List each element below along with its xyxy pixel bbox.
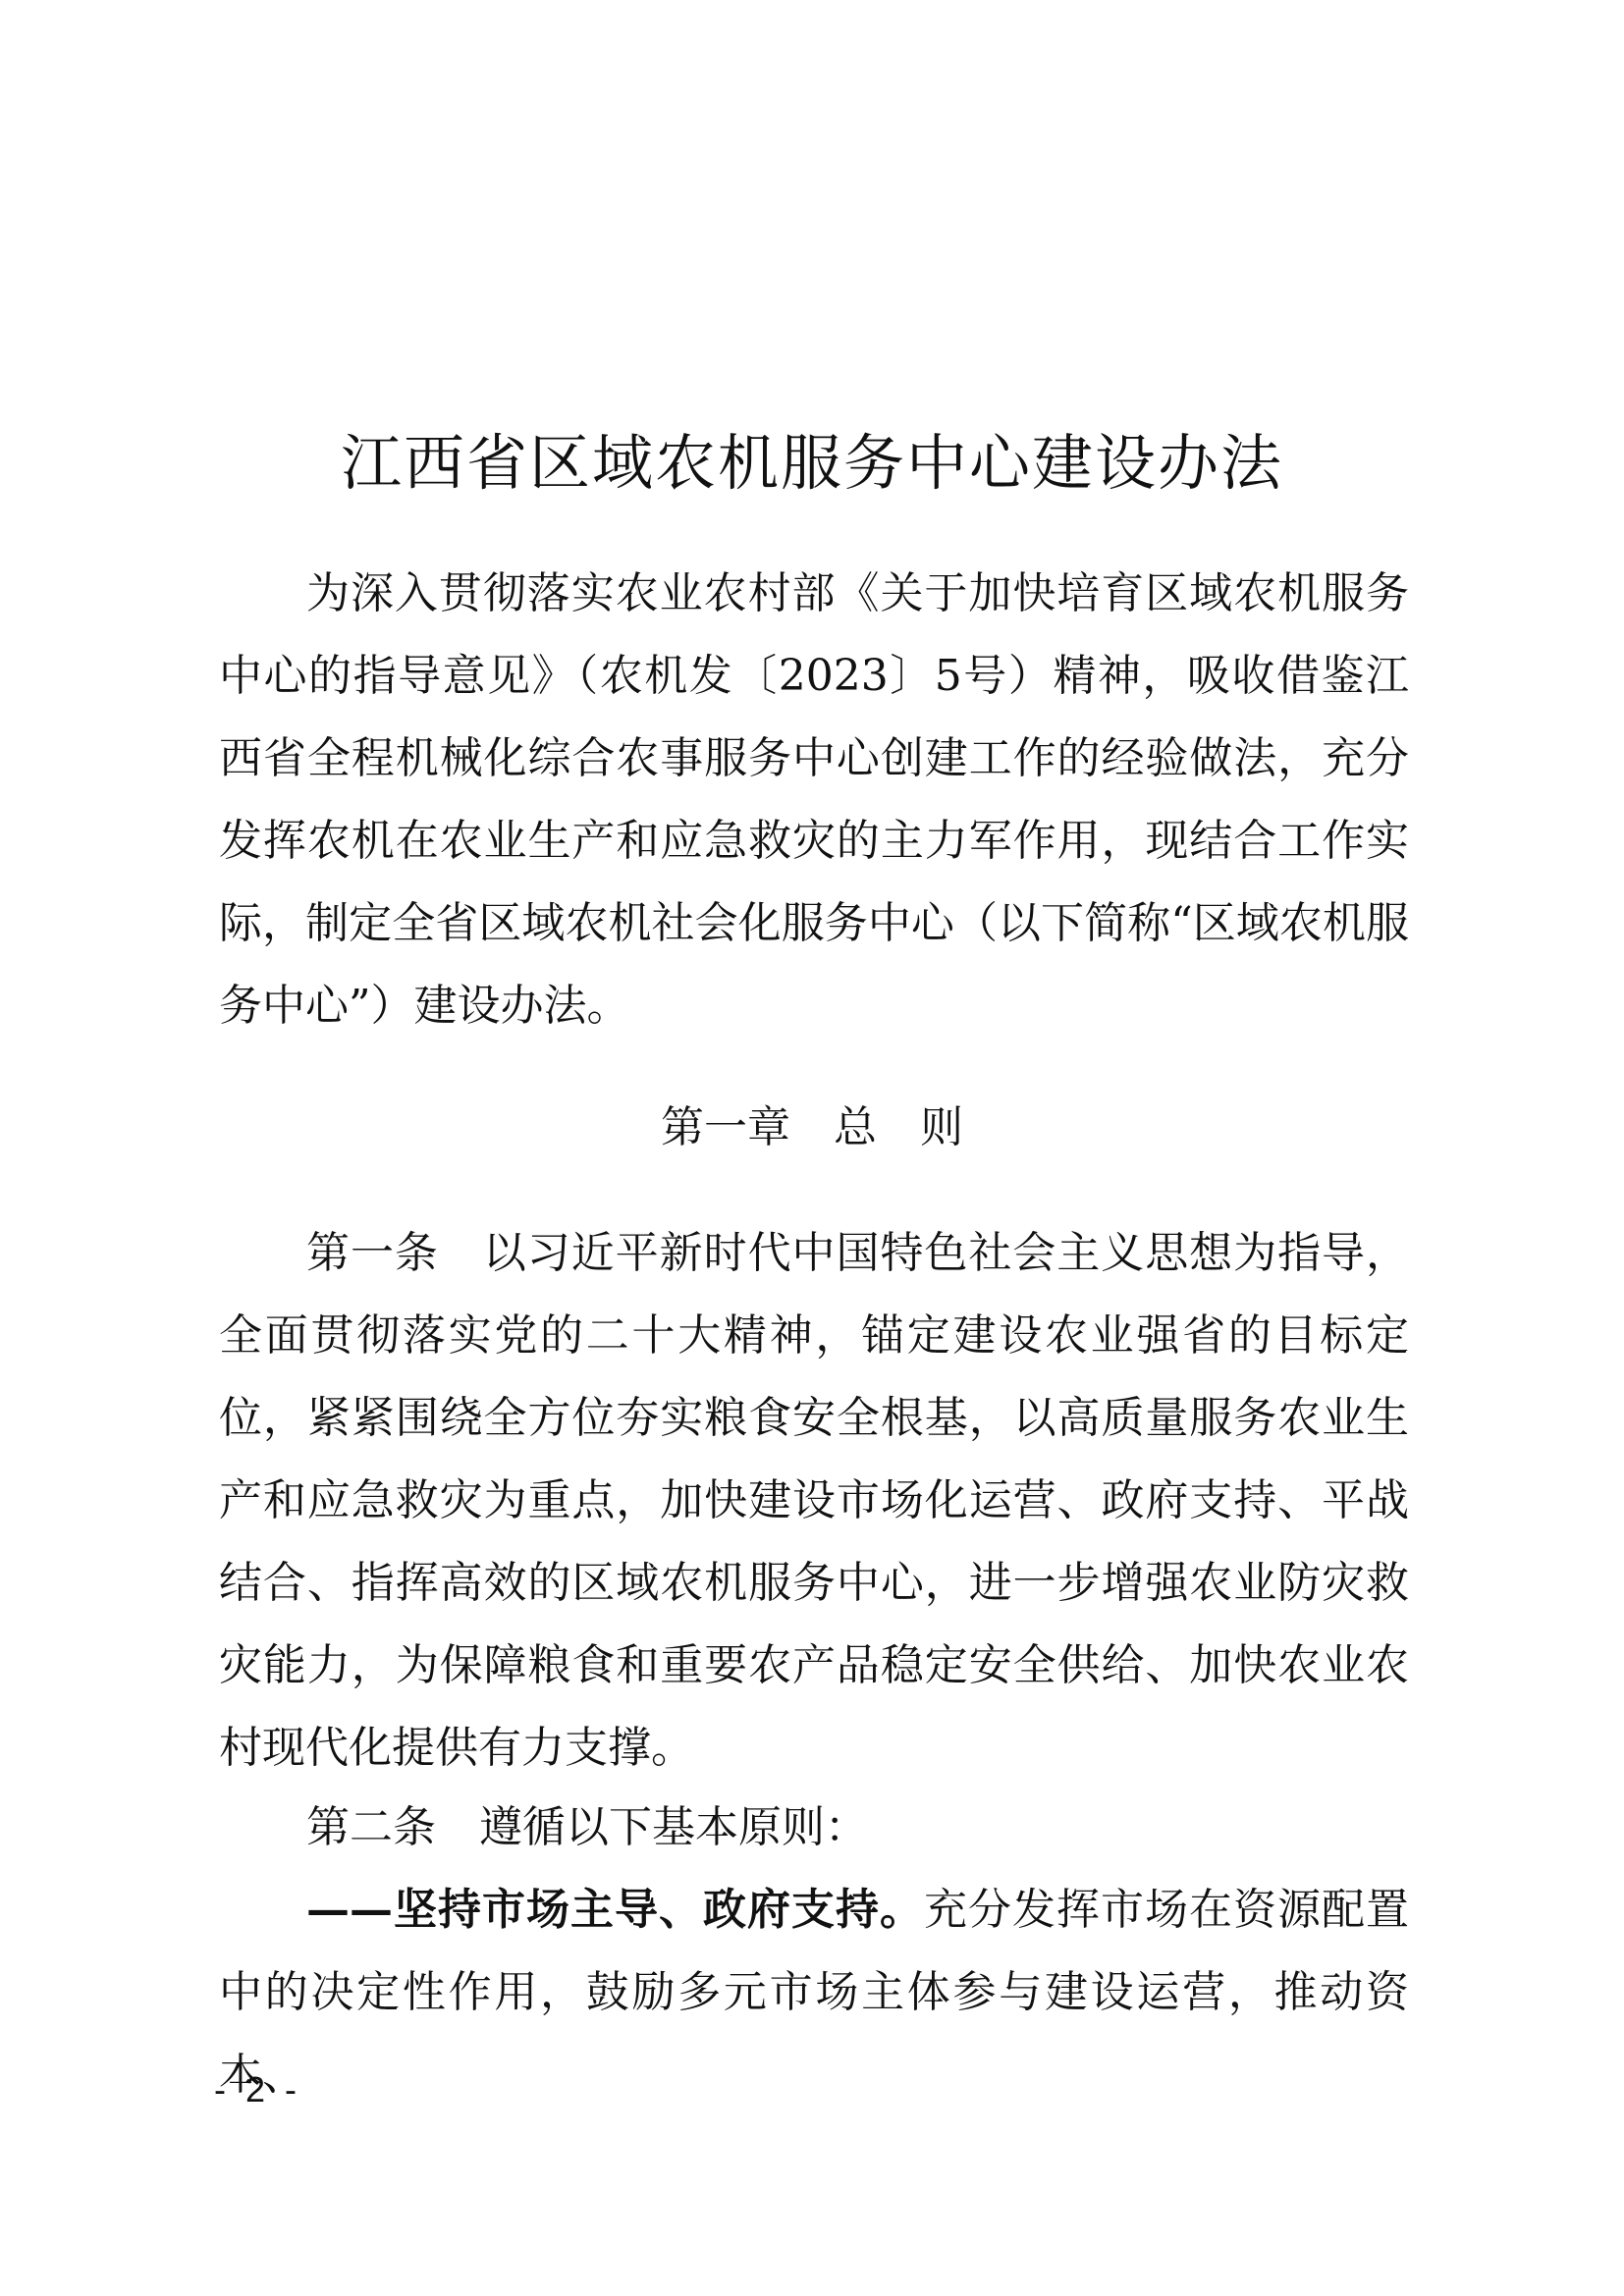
preamble-block: 为深入贯彻落实农业农村部《关于加快培育区域农机服务中心的指导意见》（农机发〔20…: [219, 553, 1409, 1047]
article-spacer: [436, 1802, 479, 1852]
preamble-paragraph: 为深入贯彻落实农业农村部《关于加快培育区域农机服务中心的指导意见》（农机发〔20…: [219, 553, 1409, 1047]
page-number: - 2 -: [214, 2065, 297, 2114]
article-2-block: 第二条 遵循以下基本原则： ——坚持市场主导、政府支持。充分发挥市场在资源配置中…: [219, 1787, 1409, 2116]
article-2-paragraph: 第二条 遵循以下基本原则：: [219, 1787, 1409, 1869]
article-2-text: 遵循以下基本原则：: [479, 1802, 868, 1852]
principle-1-heading: ——坚持市场主导、政府支持。: [306, 1885, 924, 1935]
document-title: 江西省区域农机服务中心建设办法: [0, 426, 1624, 501]
article-1-text: 以习近平新时代中国特色社会主义思想为指导，全面贯彻落实党的二十大精神，锚定建设农…: [219, 1228, 1409, 1773]
chapter-heading: 第一章 总 则: [0, 1087, 1624, 1169]
article-2-label: 第二条: [306, 1802, 436, 1852]
article-spacer: [439, 1228, 483, 1278]
article-1-block: 第一条 以习近平新时代中国特色社会主义思想为指导，全面贯彻落实党的二十大精神，锚…: [219, 1212, 1409, 1789]
principle-1-paragraph: ——坚持市场主导、政府支持。充分发挥市场在资源配置中的决定性作用，鼓励多元市场主…: [219, 1869, 1409, 2116]
article-1-paragraph: 第一条 以习近平新时代中国特色社会主义思想为指导，全面贯彻落实党的二十大精神，锚…: [219, 1212, 1409, 1789]
article-1-label: 第一条: [306, 1228, 439, 1278]
document-page: 江西省区域农机服务中心建设办法 为深入贯彻落实农业农村部《关于加快培育区域农机服…: [0, 0, 1624, 2296]
